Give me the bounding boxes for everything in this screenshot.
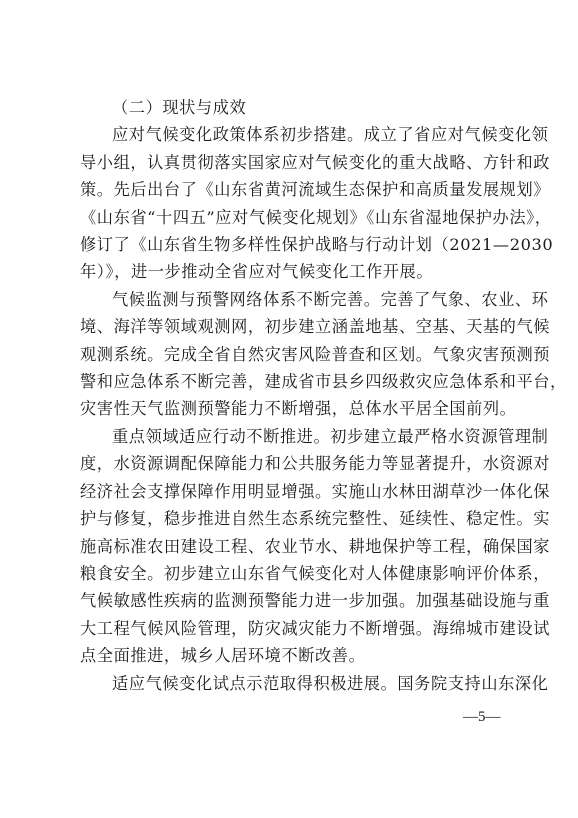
- paragraph-key-areas: 重点领域适应行动不断推进。初步建立最严格水资源管理制 度，水资源调配保障能力和公…: [80, 423, 496, 670]
- text-line: 策。先后出台了《山东省黄河流域生态保护和高质量发展规划》: [80, 176, 496, 203]
- text-line: 导小组，认真贯彻落实国家应对气候变化的重大战略、方针和政: [80, 149, 496, 176]
- paragraph-pilot-demonstration: 适应气候变化试点示范取得积极进展。国务院支持山东深化: [80, 670, 496, 697]
- page-number: —5—: [463, 709, 501, 726]
- text-line: 点全面推进，城乡人居环境不断改善。: [80, 642, 496, 669]
- text-line: 适应气候变化试点示范取得积极进展。国务院支持山东深化: [80, 670, 496, 697]
- text-line: 境、海洋等领域观测网，初步建立涵盖地基、空基、天基的气候: [80, 313, 496, 340]
- paragraph-policy-system: 应对气候变化政策体系初步搭建。成立了省应对气候变化领 导小组，认真贯彻落实国家应…: [80, 121, 496, 285]
- text-line: 施高标准农田建设工程、农业节水、耕地保护等工程，确保国家: [80, 533, 496, 560]
- section-heading: （二）现状与成效: [80, 94, 496, 121]
- text-line: 重点领域适应行动不断推进。初步建立最严格水资源管理制: [80, 423, 496, 450]
- text-line: 大工程气候风险管理，防灾减灾能力不断增强。海绵城市建设试: [80, 615, 496, 642]
- text-line: 护与修复，稳步推进自然生态系统完整性、延续性、稳定性。实: [80, 505, 496, 532]
- text-line: 粮食安全。初步建立山东省气候变化对人体健康影响评价体系，: [80, 560, 496, 587]
- text-line: 年）》，进一步推动全省应对气候变化工作开展。: [80, 258, 496, 285]
- text-line: 灾害性天气监测预警能力不断增强，总体水平居全国前列。: [80, 395, 496, 422]
- paragraph-monitoring-network: 气候监测与预警网络体系不断完善。完善了气象、农业、环 境、海洋等领域观测网，初步…: [80, 286, 496, 423]
- text-line: 修订了《山东省生物多样性保护战略与行动计划（2021—2030: [80, 231, 496, 258]
- text-line: 观测系统。完成全省自然灾害风险普查和区划。气象灾害预测预: [80, 341, 496, 368]
- text-line: 经济社会支撑保障作用明显增强。实施山水林田湖草沙一体化保: [80, 478, 496, 505]
- text-line: 气候监测与预警网络体系不断完善。完善了气象、农业、环: [80, 286, 496, 313]
- text-line: 气候敏感性疾病的监测预警能力进一步加强。加强基础设施与重: [80, 587, 496, 614]
- text-line: 警和应急体系不断完善，建成省市县乡四级救灾应急体系和平台，: [80, 368, 496, 395]
- text-line: 度，水资源调配保障能力和公共服务能力等显著提升，水资源对: [80, 450, 496, 477]
- document-page: （二）现状与成效 应对气候变化政策体系初步搭建。成立了省应对气候变化领 导小组，…: [80, 94, 496, 697]
- text-line: 《山东省“十四五”应对气候变化规划》《山东省湿地保护办法》，: [80, 204, 496, 231]
- text-line: 应对气候变化政策体系初步搭建。成立了省应对气候变化领: [80, 121, 496, 148]
